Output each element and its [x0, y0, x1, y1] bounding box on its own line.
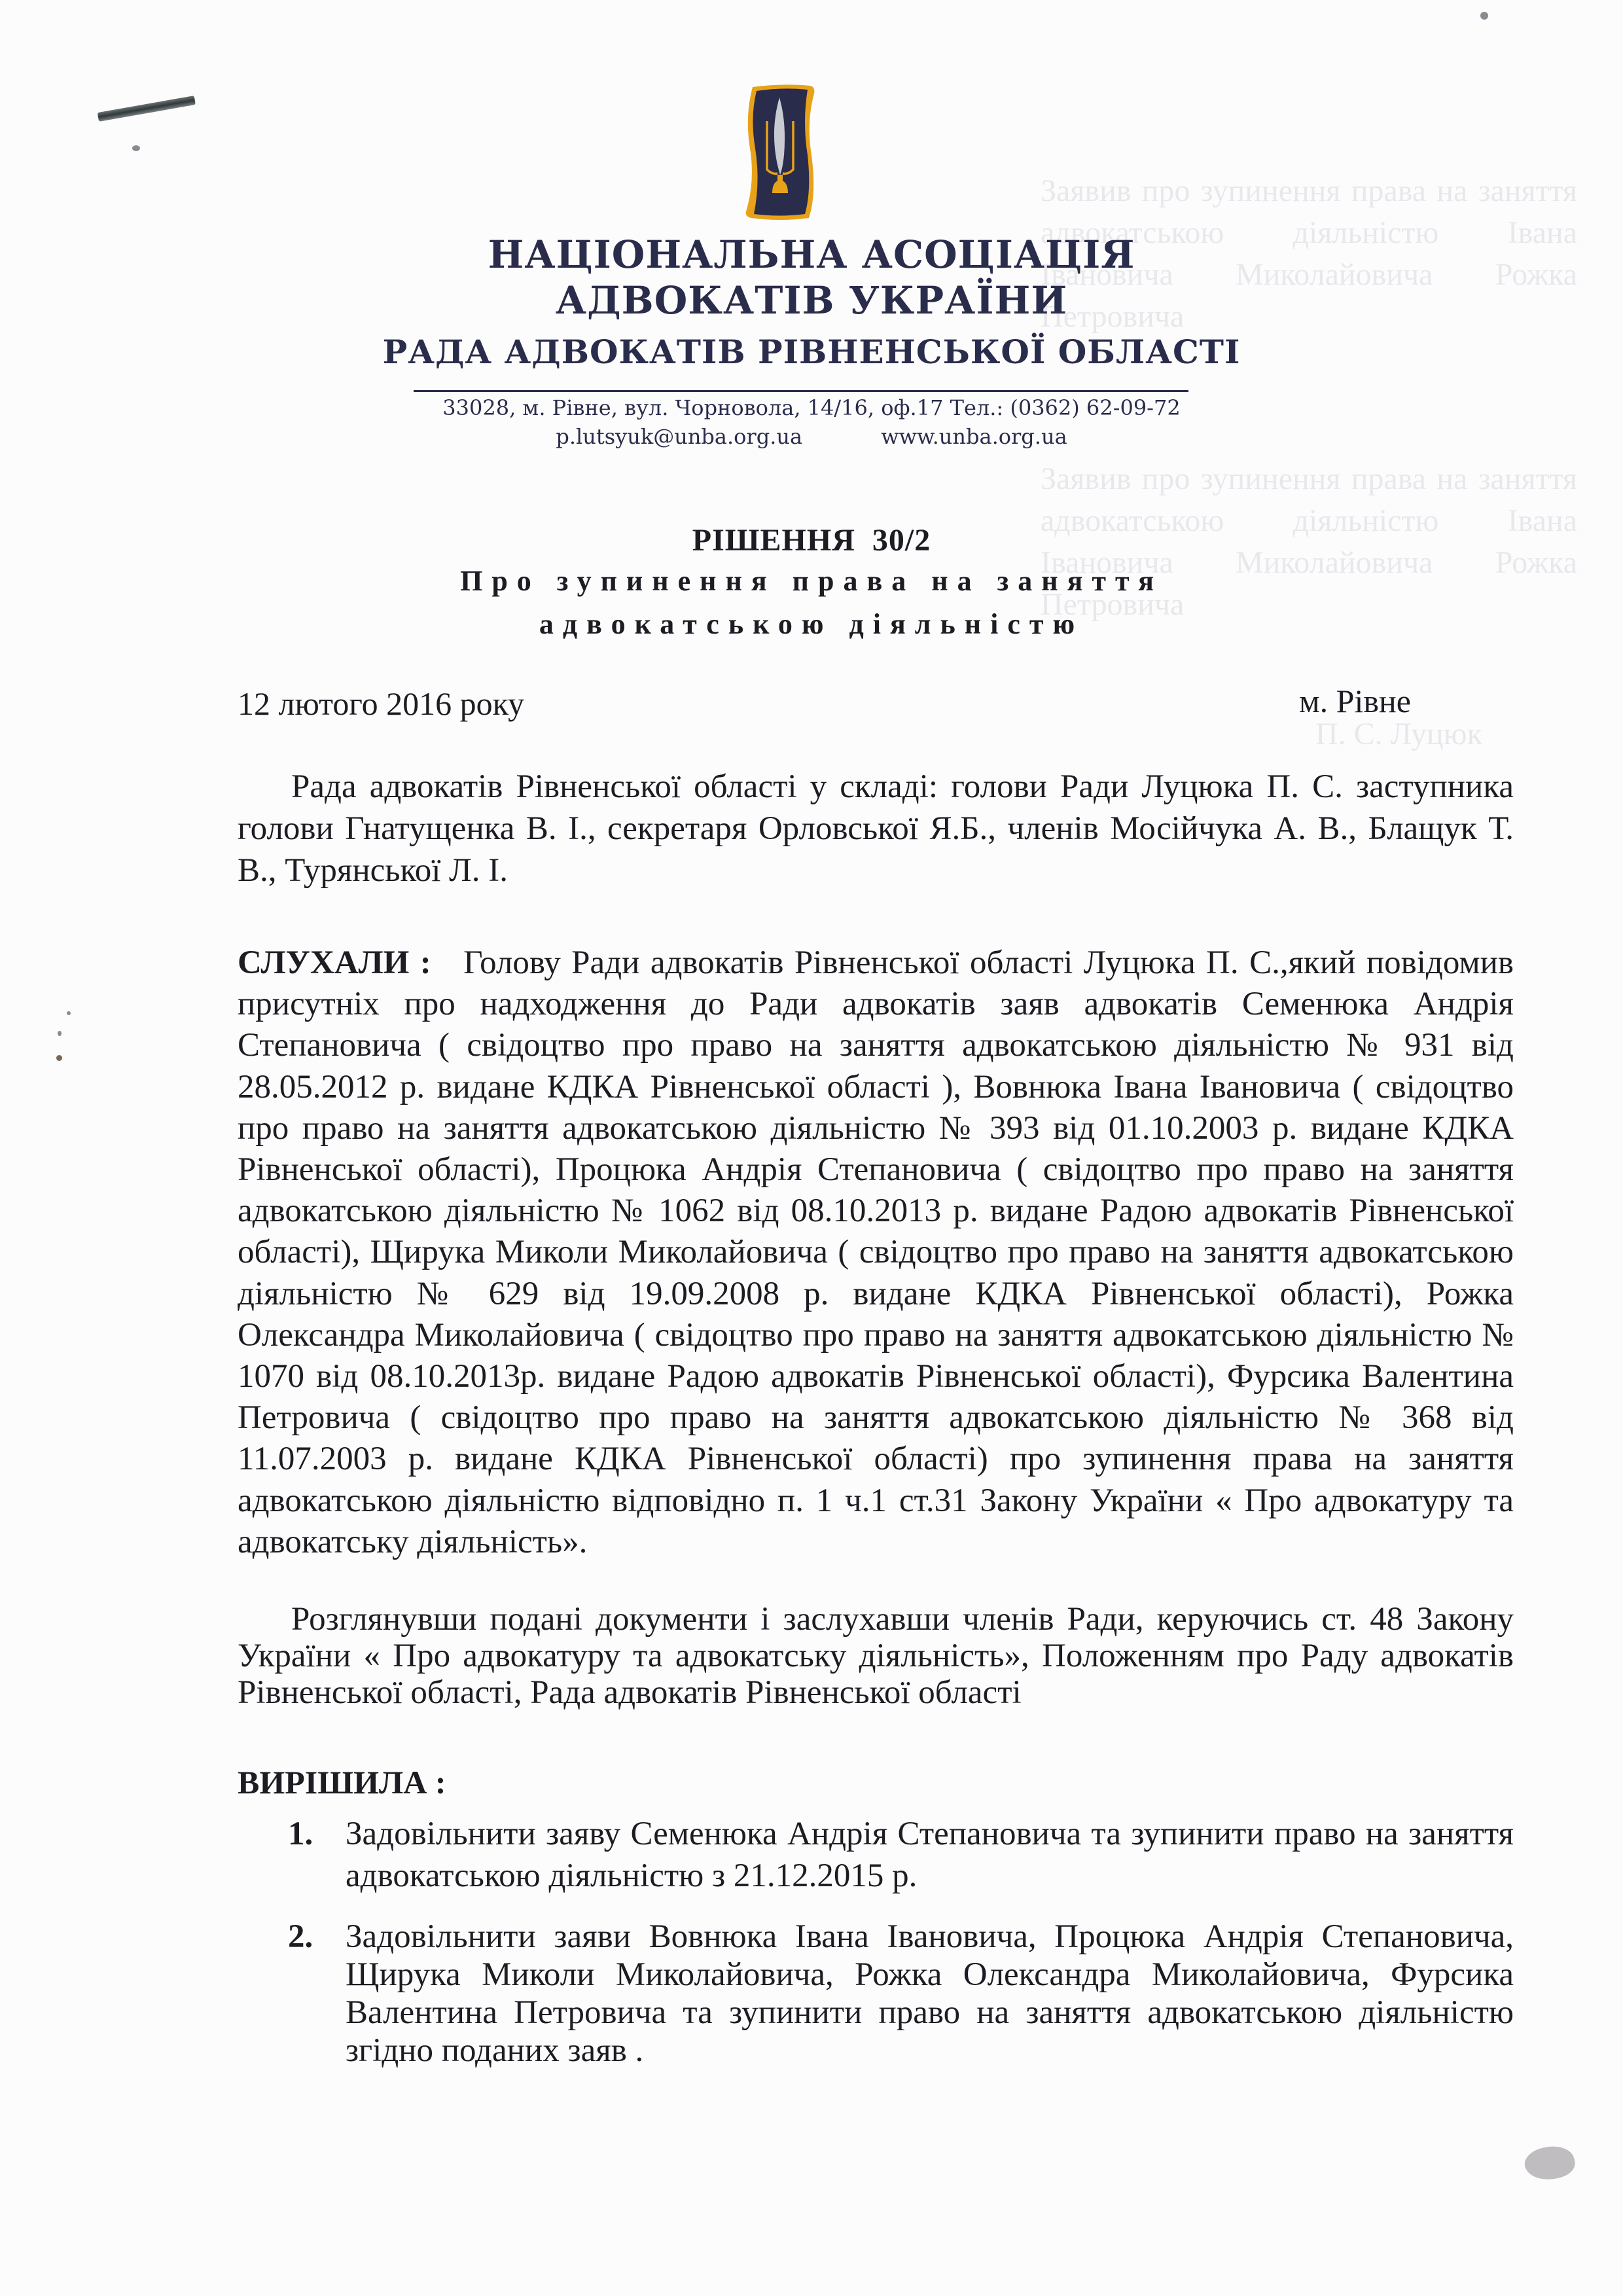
scan-speck	[56, 1055, 62, 1061]
decided-label: ВИРІШИЛА :	[238, 1763, 446, 1801]
decision-city: м. Рівне	[1299, 682, 1411, 720]
scan-speck	[1480, 12, 1488, 20]
heard-label: СЛУХАЛИ :	[238, 944, 431, 981]
decision-item-number: 1.	[288, 1813, 313, 1855]
decision-subject-line1: Про зупинення права на заняття	[0, 564, 1623, 598]
scan-speck	[58, 1031, 62, 1036]
org-contacts: p.lutsyuk@unba.org.ua www.unba.org.ua	[0, 424, 1623, 449]
staple-mark	[98, 96, 196, 122]
decision-item: 2. Задовільнити заяви Вовнюка Івана Іван…	[288, 1918, 1514, 2070]
org-address: 33028, м. Рівне, вул. Чорновола, 14/16, …	[0, 395, 1623, 420]
letterhead-divider	[414, 390, 1188, 392]
org-name-line2: АДВОКАТІВ УКРАЇНИ	[0, 278, 1623, 323]
scan-speck	[132, 145, 140, 151]
scan-speck	[67, 1011, 71, 1015]
scan-smudge	[1522, 2142, 1578, 2185]
org-name-line3: РАДА АДВОКАТІВ РІВНЕНСЬКОЇ ОБЛАСТІ	[0, 332, 1623, 371]
council-composition: Рада адвокатів Рівненської області у скл…	[238, 766, 1514, 891]
decision-item-text: Задовільнити заяву Семенюка Андрія Степа…	[346, 1813, 1514, 1897]
decision-subject-line2: адвокатською діяльністю	[0, 607, 1623, 641]
heard-section: СЛУХАЛИ : Голову Ради адвокатів Рівненсь…	[238, 942, 1514, 1563]
considered-paragraph: Розглянувши подані документи і заслухавш…	[238, 1601, 1514, 1711]
decision-item-number: 2.	[288, 1918, 313, 1956]
decision-item: 1. Задовільнити заяву Семенюка Андрія Ст…	[288, 1813, 1514, 1897]
unba-logo-icon	[743, 83, 817, 223]
org-email-link[interactable]: p.lutsyuk@unba.org.ua	[556, 424, 802, 449]
org-website-link[interactable]: www.unba.org.ua	[881, 424, 1067, 449]
org-name-line1: НАЦІОНАЛЬНА АСОЦІАЦІЯ	[0, 232, 1623, 277]
decision-item-text: Задовільнити заяви Вовнюка Івана Іванови…	[346, 1918, 1514, 2070]
decision-title: РІШЕННЯ 30/2	[0, 522, 1623, 558]
decision-date: 12 лютого 2016 року	[238, 685, 524, 723]
heard-text: Голову Ради адвокатів Рівненської област…	[238, 944, 1514, 1560]
